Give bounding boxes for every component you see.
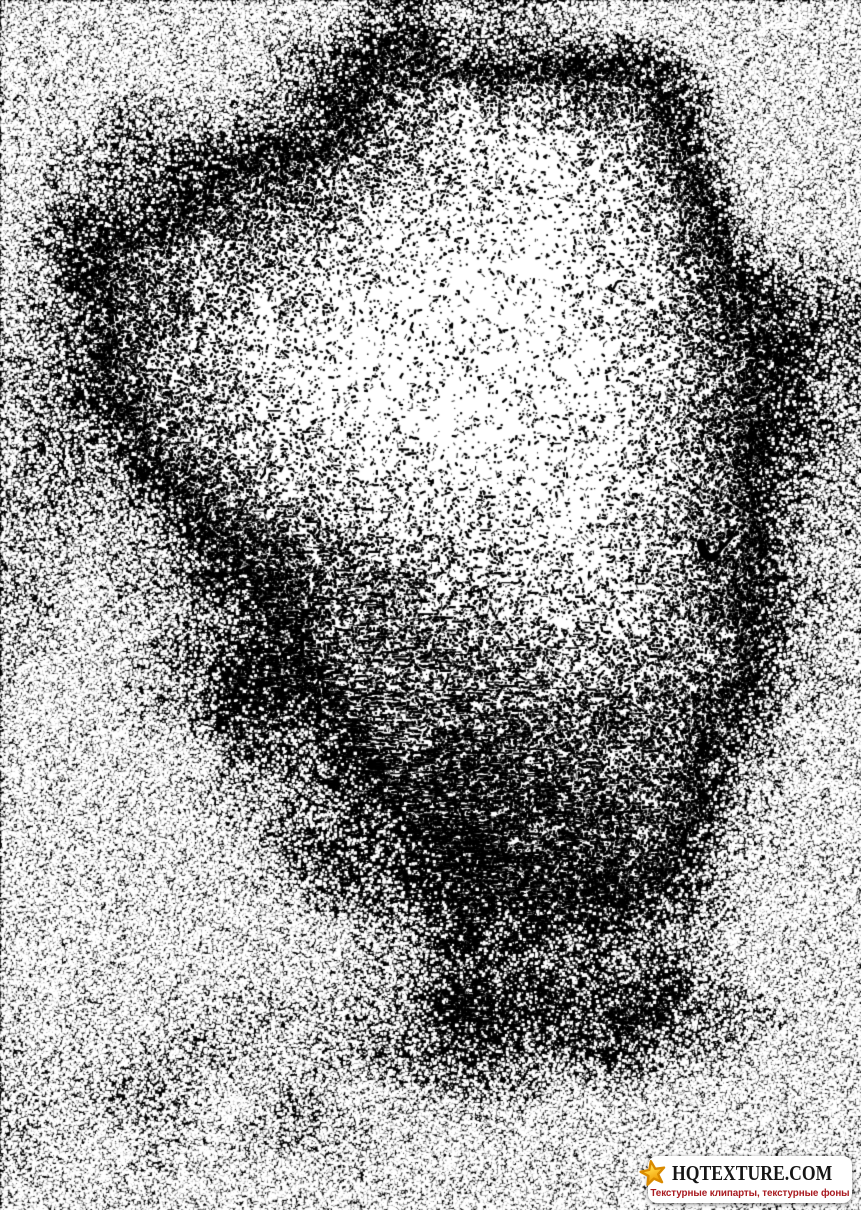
brand-text: HQTEXTURE.COM: [672, 1161, 832, 1185]
tagline-text: Текстурные клипарты, текстурные фоны: [650, 1187, 849, 1199]
texture-page: HQTEXTURE.COM Текстурные клипарты, текст…: [0, 0, 861, 1210]
watermark-brand-row: HQTEXTURE.COM: [638, 1160, 861, 1187]
watermark-badge: HQTEXTURE.COM Текстурные клипарты, текст…: [648, 1156, 852, 1203]
star-icon: [638, 1159, 668, 1188]
grunge-texture-canvas: [0, 0, 861, 1210]
